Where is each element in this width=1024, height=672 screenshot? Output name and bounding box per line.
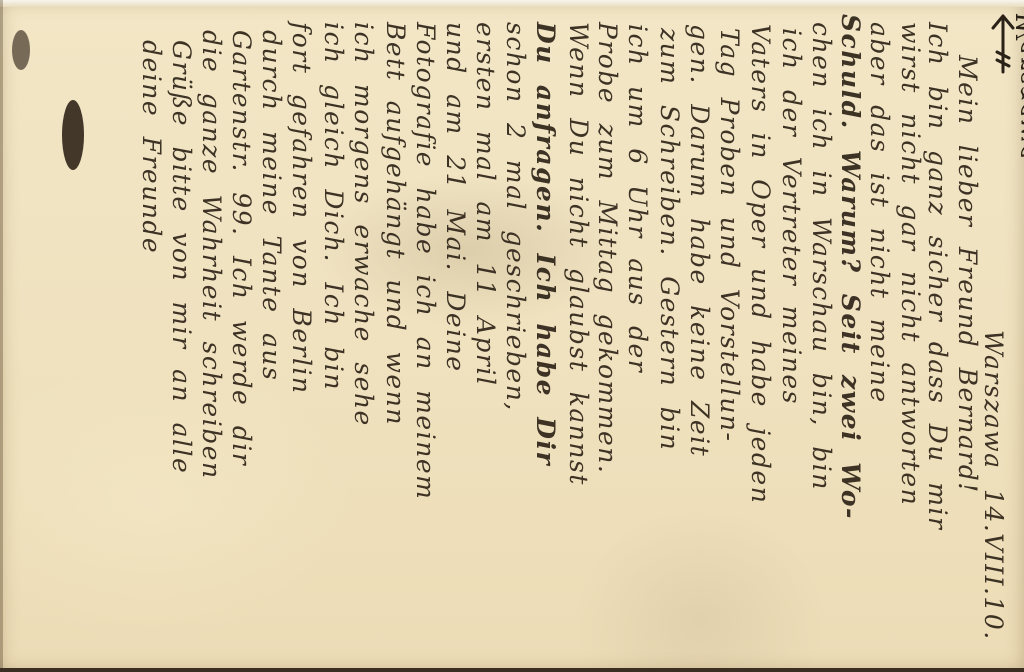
letter-line: die ganze Wahrheit schreiben [197, 30, 226, 480]
letter-line: ich gleich Dich. Ich bin [319, 22, 348, 391]
letter-line: Probe zum Mittag gekommen. [593, 22, 622, 474]
letter-line: Du anfragen. Ich habe Dir [531, 22, 560, 466]
letter-body: Warszawa 14.VIII.10. Mein lieber Freund … [0, 0, 1024, 672]
letter-line: ich morgens erwache sehe [349, 22, 378, 427]
letter-line: deine Freunde [137, 40, 166, 254]
letter-line: Vaters in Oper und habe jeden [746, 24, 775, 504]
letter-line: Bett aufgehängt und wenn [381, 22, 410, 426]
letter-line: Tag Proben und Vorstellun- [715, 28, 744, 442]
letter-line: Fotografie habe ich an meinem [411, 22, 440, 500]
letter-line: zum Schreiben. Gestern bin [655, 28, 684, 451]
ink-blot [62, 100, 84, 170]
letter-line: wirst nicht gar nicht antworten [896, 22, 925, 506]
salutation: Mein lieber Freund Bernard! [953, 55, 982, 494]
letter-line: aber das ist nicht meine [865, 22, 894, 404]
letter-line: ersten mal am 11 April [471, 22, 500, 386]
place-date: Warszawa 14.VIII.10. [979, 330, 1008, 641]
letter-line: Wenn Du nicht glaubst kannst [564, 22, 593, 486]
letter-line: chen ich in Warschau bin, bin [807, 22, 836, 491]
letter-line: Ich bin ganz sicher dass Du mir [923, 22, 952, 530]
letter-line: gen. Darum habe keine Zeit [685, 24, 714, 457]
letter-line: durch meine Tante aus [257, 30, 286, 381]
letter-line: Schuld. Warum? Seit zwei Wo- [836, 14, 865, 520]
letter-line: und am 21 Mai. Deine [441, 22, 470, 373]
letter-line: ich der Vertreter meines [777, 28, 806, 405]
letter-paper: Warszawa Warszawa 14.VIII.10. Mein liebe… [0, 0, 1024, 672]
letter-line: ich um 6 Uhr aus der [623, 24, 652, 373]
letter-line: schon 2 mal geschrieben, [501, 22, 530, 412]
letter-line: Gartenstr. 99. Ich werde dir [227, 30, 256, 466]
letter-line: Grüße bitte von mir an alle [167, 40, 196, 474]
letter-line: fort gefahren von Berlin [287, 22, 316, 395]
ink-smudge [12, 30, 30, 70]
